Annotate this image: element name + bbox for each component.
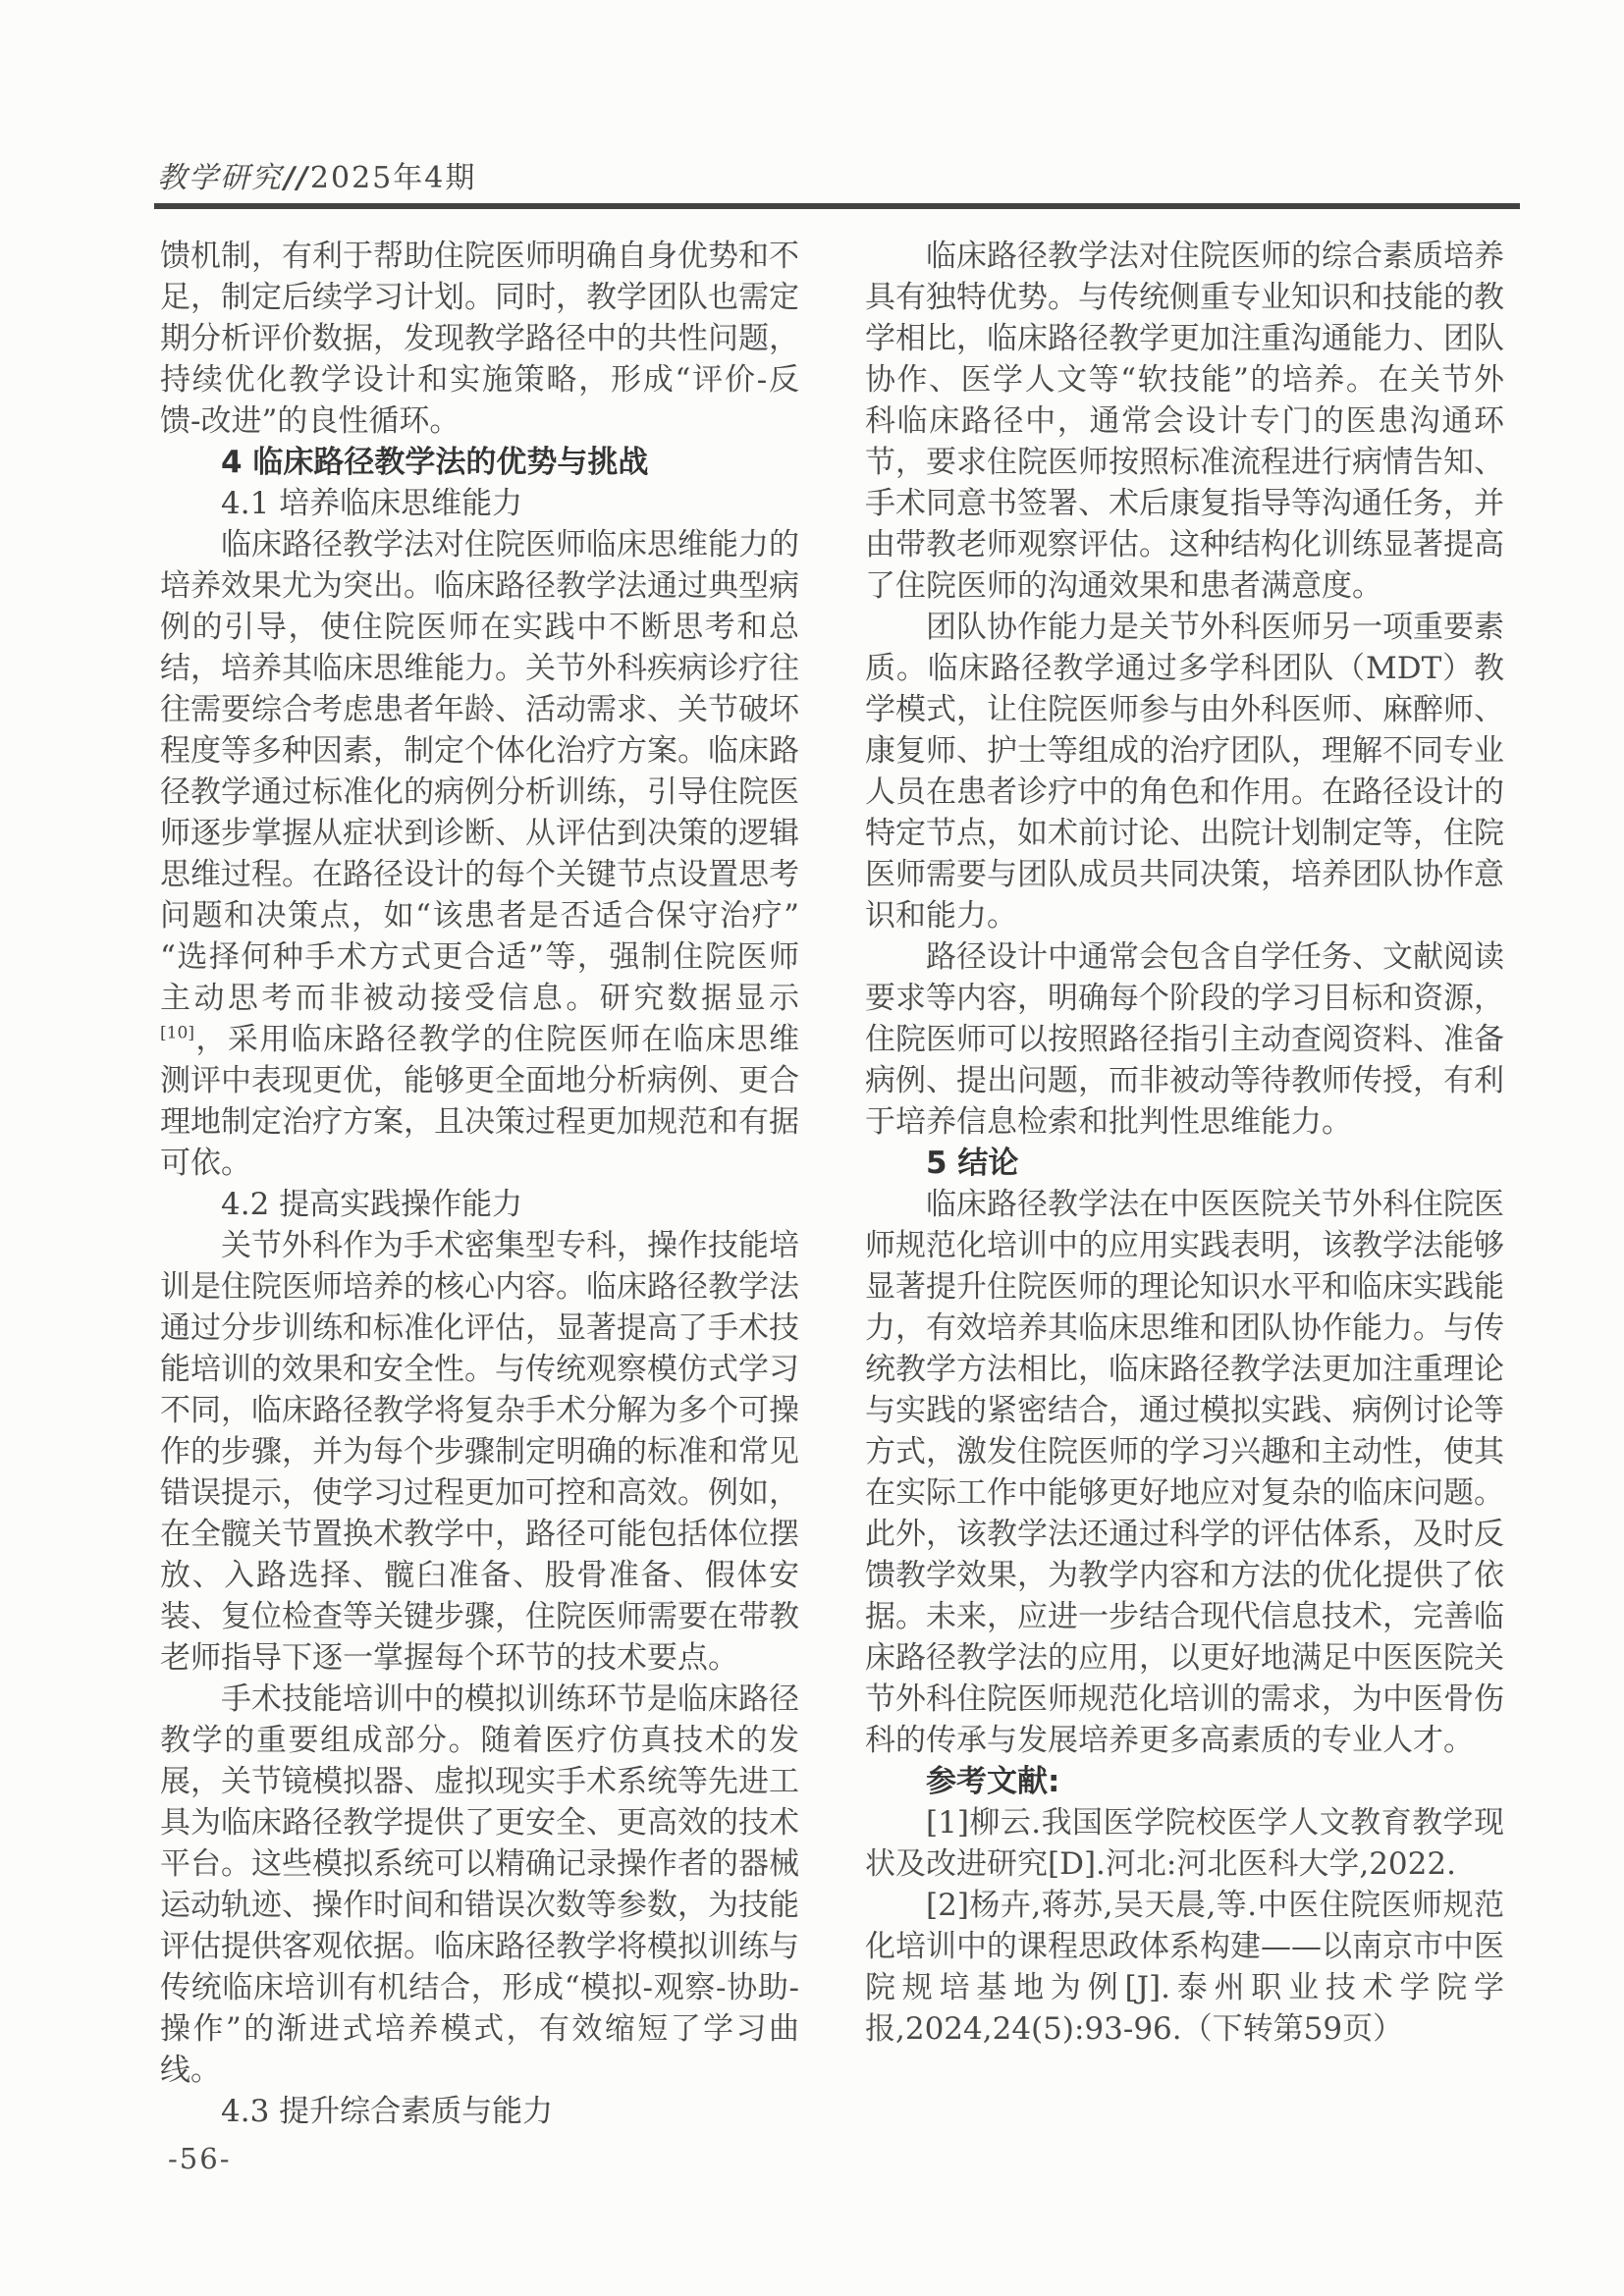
paragraph-4-1-clinical-thinking: 临床路径教学法对住院医师临床思维能力的培养效果尤为突出。临床路径教学法通过典型病…: [160, 524, 799, 1184]
right-column: 临床路径教学法对住院医师的综合素质培养具有独特优势。与传统侧重专业知识和技能的教…: [865, 236, 1504, 2050]
citation-superscript-10: [10]: [160, 1024, 194, 1043]
header-separator: //: [283, 161, 310, 195]
subsection-heading-4-1: 4.1 培养临床思维能力: [160, 483, 799, 524]
paragraph-team-collaboration: 团队协作能力是关节外科医师另一项重要素质。临床路径教学通过多学科团队（MDT）教…: [865, 607, 1504, 936]
reference-item-2: [2]杨卉,蒋苏,吴天晨,等.中医住院医师规范化培训中的课程思政体系构建——以南…: [865, 1885, 1504, 2050]
paragraph-feedback-loop-continuation: 馈机制，有利于帮助住院医师明确自身优势和不足，制定后续学习计划。同时，教学团队也…: [160, 236, 799, 442]
reference-item-1: [1]柳云.我国医学院校医学人文教育教学现状及改进研究[D].河北:河北医科大学…: [865, 1802, 1504, 1885]
page-number: -56-: [168, 2142, 232, 2175]
journal-scan-page: 教学研究//2025年4期 馈机制，有利于帮助住院医师明确自身优势和不足，制定后…: [0, 0, 1624, 2296]
subsection-heading-4-3: 4.3 提升综合素质与能力: [160, 2091, 799, 2132]
header-rule: [154, 203, 1520, 209]
issue-label: 2025年4期: [310, 161, 476, 195]
paragraph-4-1-text-before: 临床路径教学法对住院医师临床思维能力的培养效果尤为突出。临床路径教学法通过典型病…: [160, 527, 799, 1016]
running-header: 教学研究//2025年4期: [157, 160, 476, 197]
subsection-heading-4-2: 4.2 提高实践操作能力: [160, 1184, 799, 1225]
journal-title: 教学研究: [157, 161, 283, 195]
paragraph-comprehensive-quality: 临床路径教学法对住院医师的综合素质培养具有独特优势。与传统侧重专业知识和技能的教…: [865, 236, 1504, 607]
paragraph-4-2-practical-skills: 关节外科作为手术密集型专科，操作技能培训是住院医师培养的核心内容。临床路径教学法…: [160, 1225, 799, 1679]
paragraph-4-1-text-after: ，采用临床路径教学的住院医师在临床思维测评中表现更优，能够更全面地分析病例、更合…: [160, 1022, 799, 1181]
section-heading-5-conclusion: 5 结论: [865, 1143, 1504, 1184]
paragraph-self-learning: 路径设计中通常会包含自学任务、文献阅读要求等内容，明确每个阶段的学习目标和资源，…: [865, 936, 1504, 1143]
section-heading-4: 4 临床路径教学法的优势与挑战: [160, 442, 799, 483]
paragraph-conclusion: 临床路径教学法在中医医院关节外科住院医师规范化培训中的应用实践表明，该教学法能够…: [865, 1184, 1504, 1761]
left-column: 馈机制，有利于帮助住院医师明确自身优势和不足，制定后续学习计划。同时，教学团队也…: [160, 236, 799, 2132]
paragraph-4-2-simulation-training: 手术技能培训中的模拟训练环节是临床路径教学的重要组成部分。随着医疗仿真技术的发展…: [160, 1679, 799, 2091]
references-heading: 参考文献:: [865, 1761, 1504, 1802]
